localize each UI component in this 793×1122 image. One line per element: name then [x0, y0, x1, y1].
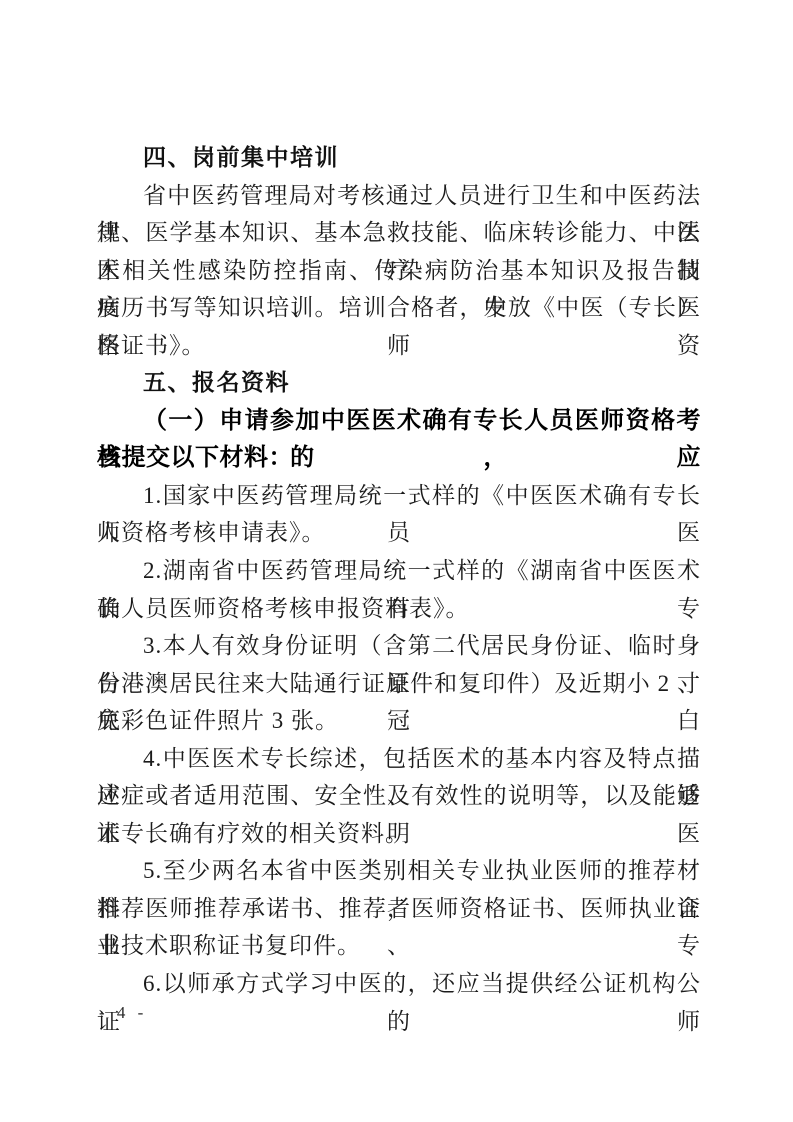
document-body: 四、岗前集中培训 省中医药管理局对考核通过人员进行卫生和中医药法律法 规、医学基… — [97, 139, 701, 1003]
list-item-4-line: 应症或者适用范围、安全性及有效性的说明等，以及能够证明医 — [97, 777, 701, 815]
list-item-5-line: 推荐医师推荐承诺书、推荐者医师资格证书、医师执业证书、专 — [97, 890, 701, 928]
subheading-materials-required-line: （一）申请参加中医医术确有专长人员医师资格考核的，应 — [97, 402, 701, 440]
training-paragraph-line: 术相关性感染防控指南、传染病防治基本知识及报告制度、中医 — [97, 252, 701, 290]
section-heading-application-materials: 五、报名资料 — [97, 364, 701, 402]
training-paragraph-line: 规、医学基本知识、基本急救技能、临床转诊能力、中医医疗技 — [97, 214, 701, 252]
list-item-5-line: 5.至少两名本省中医类别相关专业执业医师的推荐材料，含 — [97, 852, 701, 890]
training-paragraph-line: 省中医药管理局对考核通过人员进行卫生和中医药法律法 — [97, 177, 701, 215]
list-item-4-line: 4.中医医术专长综述，包括医术的基本内容及特点描述、适 — [97, 740, 701, 778]
page-number: - 4 - — [99, 1001, 147, 1025]
list-item-2-line: 2.湖南省中医药管理局统一式样的《湖南省中医医术确有专 — [97, 552, 701, 590]
list-item-6-line: 6.以师承方式学习中医的，还应当提供经公证机构公证的师 — [97, 965, 701, 1003]
list-item-3-line: 台港澳居民往来大陆通行证原件和复印件）及近期小 2 寸免冠白 — [97, 665, 701, 703]
section-heading-pre-job-training: 四、岗前集中培训 — [97, 139, 701, 177]
document-page: 四、岗前集中培训 省中医药管理局对考核通过人员进行卫生和中医药法律法 规、医学基… — [0, 0, 793, 1122]
training-paragraph-line: 病历书写等知识培训。培训合格者，发放《中医（专长）医师资 — [97, 289, 701, 327]
list-item-1-line: 1.国家中医药管理局统一式样的《中医医术确有专长人员医 — [97, 477, 701, 515]
list-item-3-line: 3.本人有效身份证明（含第二代居民身份证、临时身份证、 — [97, 627, 701, 665]
